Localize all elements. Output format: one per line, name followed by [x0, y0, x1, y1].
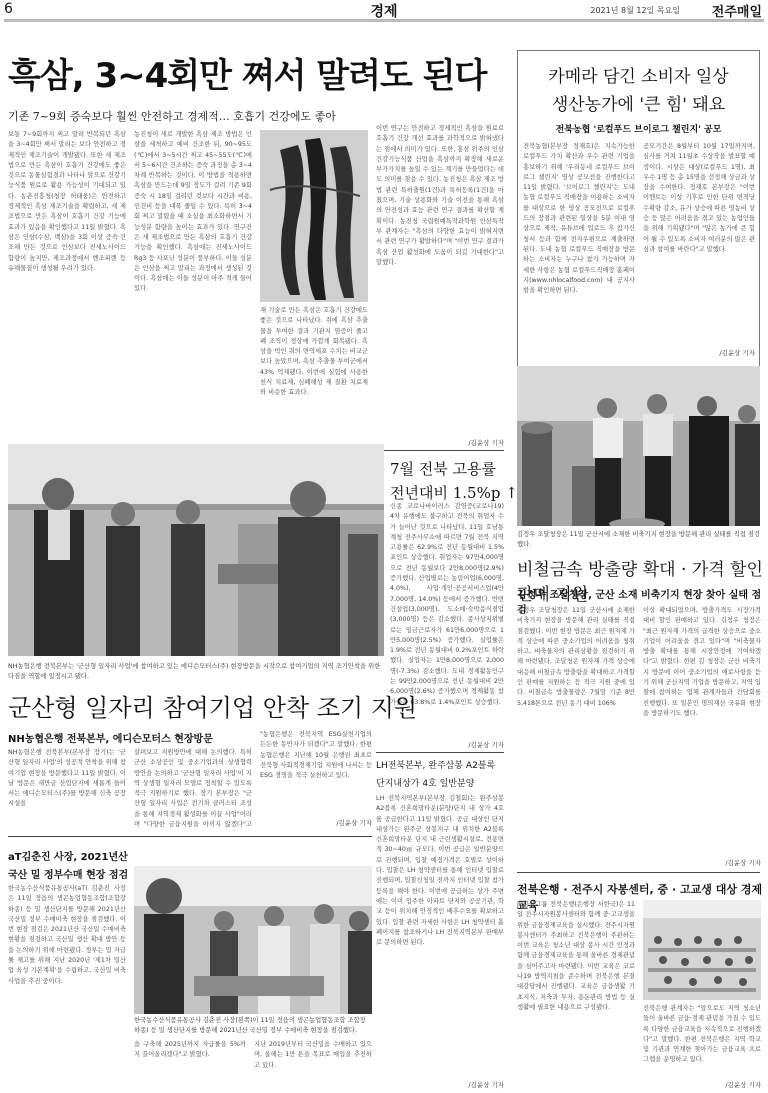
story6-col: LH 전북지역본부(본부장 김철회)는 완주삼봉 A2블록 신혼희망타운(분양)…	[376, 794, 504, 1084]
story4-col2: 이상 확대되었으며, 방출가격도 시장가격 대비 할인 판매하고 있다. 김정우…	[643, 606, 761, 838]
story1-byline: /김윤상 기자	[376, 438, 504, 447]
story7-headline-line1: aT김춘진 사장, 2021년산	[8, 848, 128, 863]
story8-byline: /김윤상 기자	[643, 1080, 761, 1089]
story2-headline-line1: 카메라 담긴 소비자 일상	[517, 62, 760, 87]
wheat-inspection-photo	[134, 866, 372, 1014]
bank-education-photo	[643, 900, 761, 1000]
story1-col3: 재 기술로 만든 흑삼은 호흡기 건강에도 좋은 것으로 나타났다. 쥐에 흑삼…	[260, 306, 368, 422]
procurement-visit-photo	[517, 366, 760, 526]
divider	[8, 836, 372, 837]
story2-byline: /김윤상 기자	[643, 348, 755, 357]
issue-date: 2021년 8월 12일 목요일	[590, 5, 680, 16]
edison-motors-visit-photo	[8, 444, 384, 656]
story1-col1: 보통 7~9회까지 찌고 말려 반복되던 흑삼을 3~4회만 쪄서 말리는 보다…	[8, 130, 126, 458]
story8-col2: 전북은행 관계자는 "앞으로도 지역 청소년들이 올바른 금융·경제 관념을 가…	[643, 1004, 761, 1084]
story2-col1: 전북농협(본부장 정재호)은 지속가능한 로컬푸드 가치 확산과 우수 관련 기…	[523, 142, 635, 362]
story4-byline: /김윤상 기자	[643, 858, 761, 867]
black-ginseng-photo	[260, 130, 368, 302]
masthead: 6 경제 2021년 8월 12일 목요일 전주매일	[0, 0, 768, 20]
story1-col4: 이번 연구는 안전하고 경제적인 흑삼을 원료로 호흡기 건강 개선 효과를 과…	[376, 124, 504, 436]
story7-col3: 지난 2019년부터 국산밀을 수매하고 있으며, 올해는 1만 톤을 목표로 …	[254, 1040, 372, 1090]
newspaper-brand: 전주매일	[712, 1, 762, 20]
story4-col1: 김정우 조달청장은 11일 군산시에 소재한 비축기지 현장을 방문해 관리 실…	[517, 606, 635, 851]
story2-subhead: 전북농협 '로컬푸드 브이로그 챌린지' 공모	[517, 122, 760, 135]
story3-headline-line1: 7월 전북 고용률	[390, 458, 496, 479]
story5-subhead: NH농협은행 전북본부, 에디슨모터스 현장방문	[8, 730, 213, 745]
story7-col1: 한국농수산식품유통공사(aT) 김춘진 사장은 11일 정읍의 생곤농업협동조합…	[8, 884, 126, 1089]
divider	[517, 872, 760, 873]
story1-headline: 흑삼, 3~4회만 쪄서 말려도 된다	[8, 48, 486, 97]
story7-headline-line2: 국산 밀 정부수매 현장 점검	[8, 866, 128, 881]
story1-subhead: 기존 7~9회 증숙보다 훨씬 안전하고 경제적… 호흡기 건강에도 좋아	[8, 108, 336, 124]
story2-col2: 공모기간은 8월부터 10월 17일까지며, 심사를 거쳐 11월초 수상작을 …	[643, 142, 755, 362]
story5-headline: 군산형 일자리 참여기업 안착 조기 지원	[8, 688, 417, 723]
story4-photo-caption: 김정우 조달청장은 11일 군산시에 소재한 비축기지 현장을 방문해 관리 실…	[517, 530, 760, 550]
story6-byline: /김윤상 기자	[376, 1080, 504, 1089]
story3-byline: /김윤상 기자	[390, 740, 504, 749]
story6-headline-line2: 단지내상가 4호 일반분양	[376, 776, 474, 789]
story8-col1: JB금융그룹 전북은행(은행장 서한국)은 11일 전주시자원봉사센터와 함께 …	[517, 900, 635, 1090]
story5-col3: "농협은행은 전북지역 ESG실천기업의 든든한 동반자가 되겠다"고 말했다.…	[260, 730, 372, 830]
story5-col1: NH농협은행 전북본부(본부장 장기)는 '군산형 일자리 사업'의 성공적 안…	[8, 748, 126, 830]
story5-byline: /김윤상 기자	[260, 818, 372, 827]
story3-headline-line2: 전년대비 1.5%p ↑	[390, 482, 518, 503]
divider	[376, 752, 504, 753]
story7-col2: 을 구축해 2025년까지 자급률을 5%까지 끌어올리겠다"고 밝혔다.	[134, 1040, 246, 1090]
divider	[376, 450, 504, 451]
story2-headline-line2: 생산농가에 '큰 힘' 돼요	[517, 90, 760, 115]
story6-headline-line1: LH전북본부, 완주삼봉 A2블록	[376, 758, 495, 771]
story7-photo-caption: 한국농수산식품유통공사 김춘진 사장(왼쪽)이 11일 정읍의 생곤농업협동조합…	[134, 1016, 372, 1036]
masthead-rule	[4, 19, 764, 22]
story1-col2: 농진청이 새로 개발한 흑삼 제조 방법은 인삼을 세척하고 예비 건조한 뒤,…	[134, 130, 252, 450]
story5-photo-caption: NH농협은행 전북본부는 '군산형 일자리 사업'에 참여하고 있는 에디슨모터…	[8, 662, 384, 682]
story5-col2: 살펴보고 지원방안에 대해 논의했다. 특히 군산 소상공인 및 중소기업과의 …	[134, 748, 252, 830]
